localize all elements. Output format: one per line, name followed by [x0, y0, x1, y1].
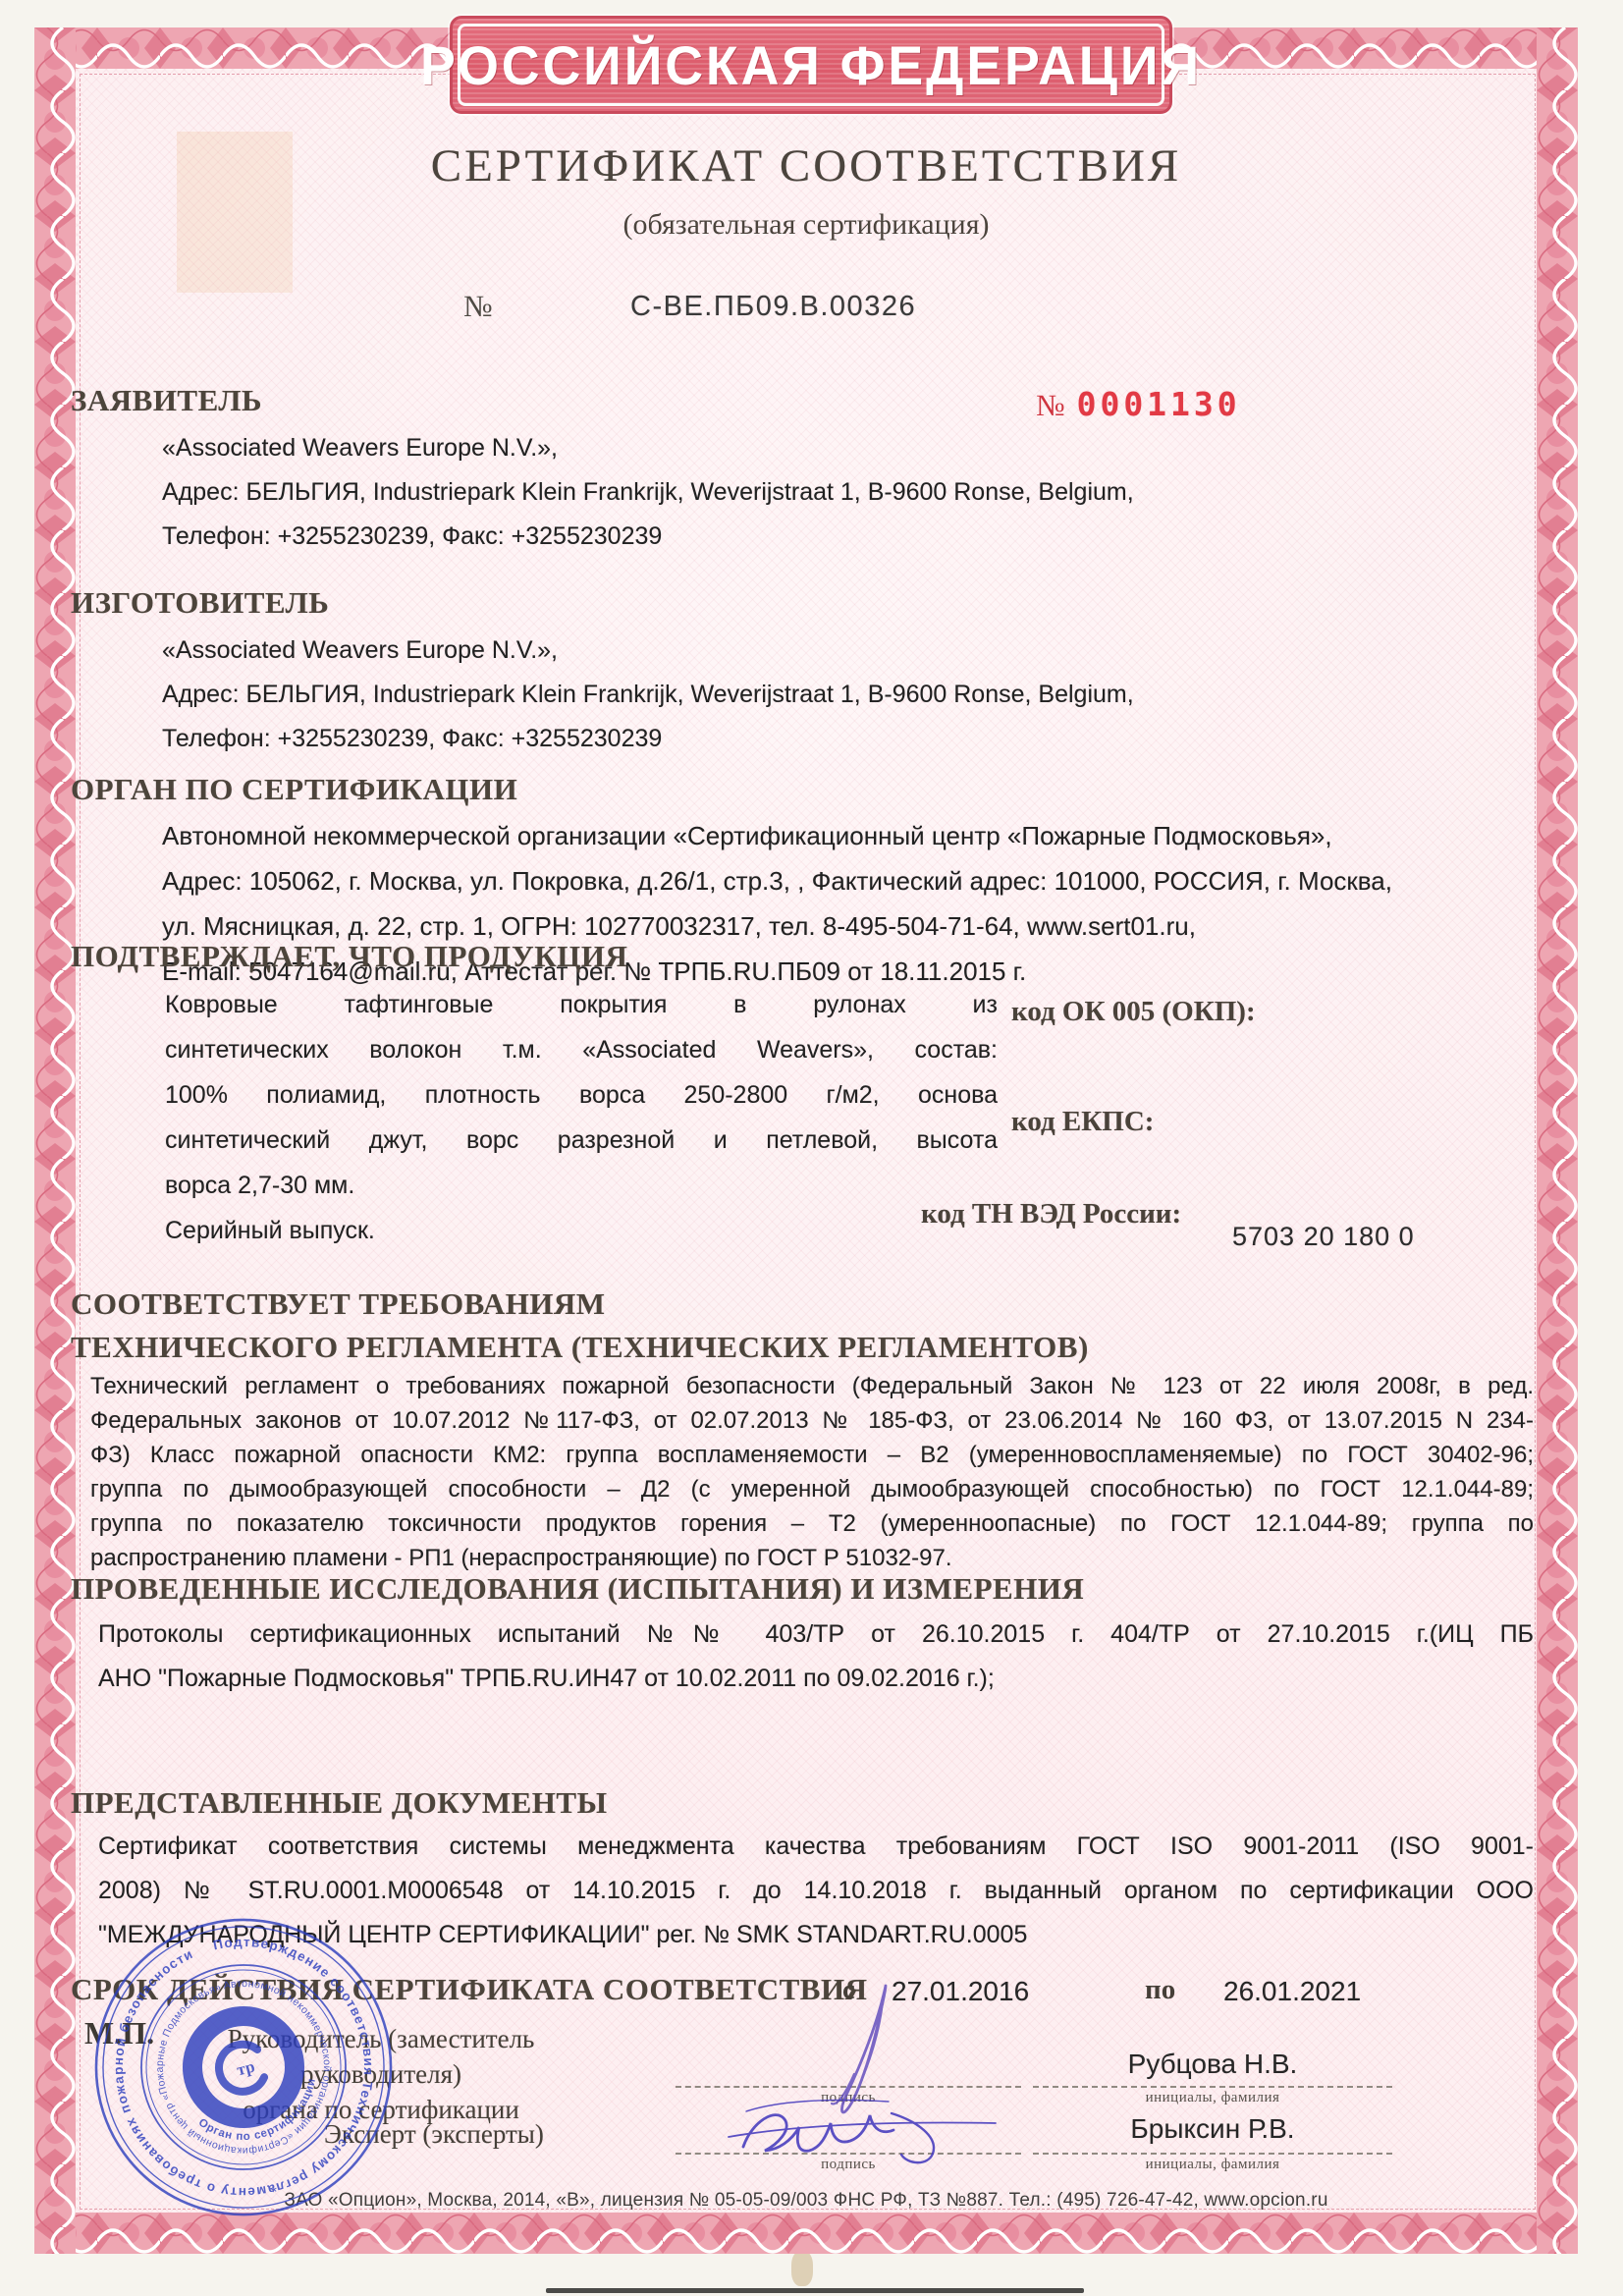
scanned-certificate-page: { "banner": { "text": "РОССИЙСКАЯ ФЕДЕРА…: [0, 0, 1623, 2296]
tests-line: АНО "Пожарные Подмосковья" ТРПБ.RU.ИН47 …: [98, 1657, 1534, 1701]
product-line: Ковровые тафтинговые покрытия в рулонах …: [165, 982, 998, 1027]
head-name: Рубцова Н.В.: [1033, 2049, 1392, 2080]
documents-line: Сертификат соответствия системы менеджме…: [98, 1825, 1534, 1869]
border-band-right: [1537, 27, 1578, 2254]
expert-signature-caption: подпись: [676, 2157, 1021, 2173]
cert-body-heading: ОРГАН ПО СЕРТИФИКАЦИИ: [71, 772, 517, 807]
stamp-center-mark: тр: [235, 2057, 256, 2080]
number-sign: №: [463, 289, 493, 324]
country-banner-text: РОССИЙСКАЯ ФЕДЕРАЦИЯ: [467, 19, 1156, 111]
blank-serial-digits: 0001130: [1077, 385, 1241, 423]
compliance-line: Технический регламент о требованиях пожа…: [90, 1369, 1534, 1403]
manufacturer-line: «Associated Weavers Europe N.V.»,: [162, 629, 1537, 673]
validity-from-label: с: [842, 1974, 855, 2006]
compliance-heading-1: СООТВЕТСТВУЕТ ТРЕБОВАНИЯМ: [71, 1286, 606, 1322]
product-line: ворса 2,7-30 мм.: [165, 1163, 998, 1208]
code-okp-label: код ОК 005 (ОКП):: [1011, 996, 1256, 1028]
cert-body-line: Адрес: 105062, г. Москва, ул. Покровка, …: [162, 858, 1537, 903]
expert-signature-line: [676, 2153, 1021, 2155]
expert-name-line: [1033, 2153, 1392, 2155]
applicant-line: Адрес: БЕЛЬГИЯ, Industriepark Klein Fran…: [162, 470, 1537, 515]
scanner-mark: [791, 2251, 813, 2286]
document-title: СЕРТИФИКАТ СООТВЕТСТВИЯ: [119, 139, 1493, 192]
expert-name: Брыксин Р.В.: [1033, 2113, 1392, 2145]
blank-serial-number: № 0001130: [1036, 385, 1241, 423]
cert-body-line: Автономной некоммерческой организации «С…: [162, 813, 1537, 858]
product-line: 100% полиамид, плотность ворса 250-2800 …: [165, 1072, 998, 1118]
tests-text: Протоколы сертификационных испытаний №№ …: [98, 1613, 1534, 1701]
manufacturer-line: Адрес: БЕЛЬГИЯ, Industriepark Klein Fran…: [162, 673, 1537, 717]
documents-line: 2008) № ST.RU.0001.М0006548 от 14.10.201…: [98, 1869, 1534, 1913]
tests-line: Протоколы сертификационных испытаний №№ …: [98, 1613, 1534, 1657]
compliance-line: Федеральных законов от 10.07.2012 №117-Ф…: [90, 1403, 1534, 1438]
product-heading: ПОДТВЕРЖДАЕТ, ЧТО ПРОДУКЦИЯ: [71, 939, 627, 974]
validity-from-date: 27.01.2016: [892, 1976, 1029, 2007]
blank-serial-no-sign: №: [1036, 388, 1065, 423]
applicant-line: «Associated Weavers Europe N.V.»,: [162, 426, 1537, 470]
round-stamp: Подтверждение соответствия Техническому …: [86, 1910, 401, 2224]
product-description: Ковровые тафтинговые покрытия в рулонах …: [165, 982, 998, 1253]
certificate-number: С-ВЕ.ПБ09.В.00326: [630, 291, 916, 323]
applicant-line: Телефон: +3255230239, Факс: +3255230239: [162, 515, 1537, 559]
scanner-edge-line: [546, 2288, 1084, 2293]
expert-name-caption: инициалы, фамилия: [1033, 2157, 1392, 2173]
border-band-left: [34, 27, 76, 2254]
validity-to-date: 26.01.2021: [1223, 1976, 1361, 2007]
manufacturer-block: «Associated Weavers Europe N.V.», Адрес:…: [162, 629, 1537, 761]
applicant-block: «Associated Weavers Europe N.V.», Адрес:…: [162, 426, 1537, 559]
compliance-line: группа по показателю токсичности продукт…: [90, 1506, 1534, 1541]
country-banner: РОССИЙСКАЯ ФЕДЕРАЦИЯ: [450, 16, 1172, 114]
head-signature-caption: подпись: [676, 2090, 1021, 2106]
documents-heading: ПРЕДСТАВЛЕННЫЕ ДОКУМЕНТЫ: [71, 1785, 608, 1821]
validity-to-label: по: [1145, 1974, 1175, 2006]
code-tnved-value: 5703 20 180 0: [1232, 1222, 1415, 1252]
compliance-line: распространению пламени - РП1 (нераспрос…: [90, 1541, 1534, 1575]
manufacturer-heading: ИЗГОТОВИТЕЛЬ: [71, 585, 329, 621]
product-line: синтетический джут, ворс разрезной и пет…: [165, 1118, 998, 1163]
compliance-heading-2: ТЕХНИЧЕСКОГО РЕГЛАМЕНТА (ТЕХНИЧЕСКИХ РЕГ…: [71, 1330, 1089, 1365]
head-signature-line: [676, 2086, 1021, 2088]
product-line: синтетических волокон т.м. «Associated W…: [165, 1027, 998, 1072]
compliance-line: группа по дымообразующей способности – Д…: [90, 1472, 1534, 1506]
document-subtitle: (обязательная сертификация): [119, 208, 1493, 242]
applicant-heading: ЗАЯВИТЕЛЬ: [71, 383, 262, 418]
head-name-caption: инициалы, фамилия: [1033, 2090, 1392, 2106]
product-serial-note: Серийный выпуск.: [165, 1208, 998, 1253]
manufacturer-line: Телефон: +3255230239, Факс: +3255230239: [162, 717, 1537, 761]
code-ekps-label: код ЕКПС:: [1011, 1106, 1154, 1138]
code-tnved-label: код ТН ВЭД России:: [921, 1198, 1181, 1230]
compliance-line: ФЗ) Класс пожарной опасности КМ2: группа…: [90, 1438, 1534, 1472]
head-name-line: [1033, 2086, 1392, 2088]
tests-heading: ПРОВЕДЕННЫЕ ИССЛЕДОВАНИЯ (ИСПЫТАНИЯ) И И…: [71, 1571, 1084, 1607]
compliance-text: Технический регламент о требованиях пожа…: [90, 1369, 1534, 1575]
